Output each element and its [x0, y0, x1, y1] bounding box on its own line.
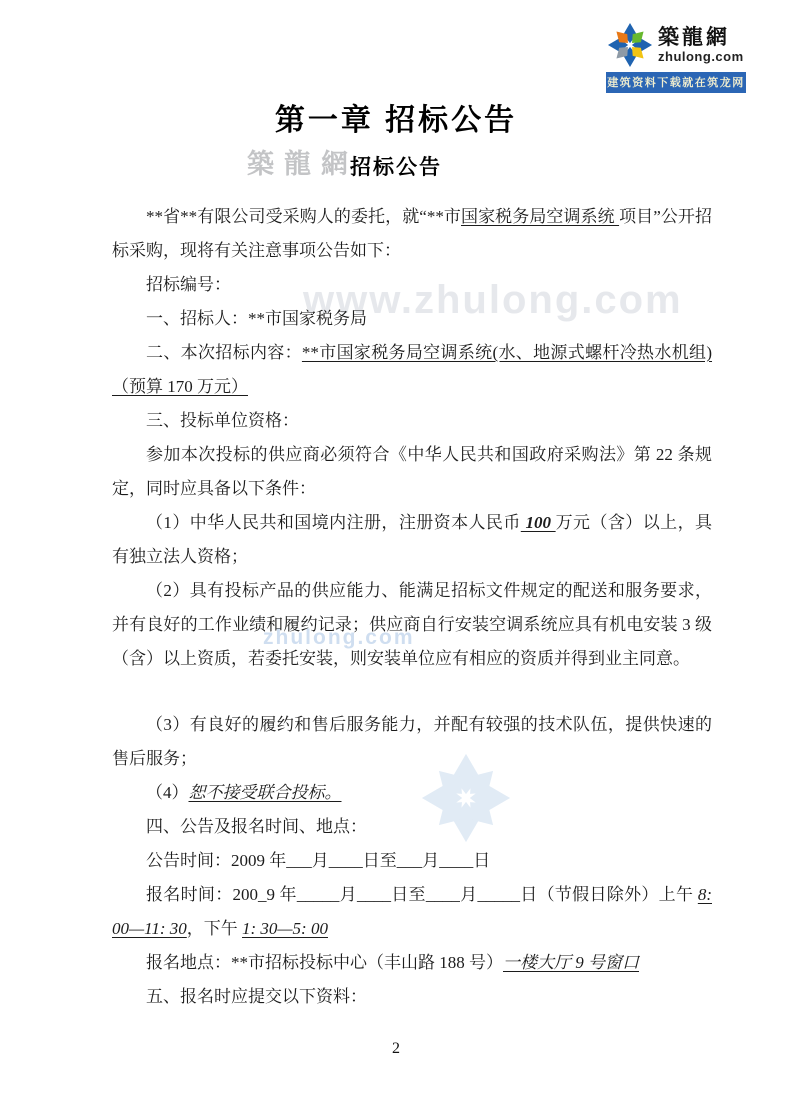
text-segment: 恕不接受联合投标。 [189, 783, 342, 802]
paragraph: （2）具有投标产品的供应能力、能满足招标文件规定的配送和服务要求，并有良好的工作… [112, 574, 712, 676]
paragraph: 四、公告及报名时间、地点： [112, 810, 712, 844]
paragraph: 一、招标人：**市国家税务局 [112, 302, 712, 336]
paragraph: **省**有限公司受采购人的委托，就“**市国家税务局空调系统 项目”公开招标采… [112, 200, 712, 268]
text-segment: 100 [521, 513, 556, 532]
text-segment: 招标编号： [146, 275, 231, 294]
document-page: 築龍網 zhulong.com 建筑资料下载就在筑龙网 築龍網 www.zhul… [0, 0, 792, 1120]
text-segment: （4） [146, 783, 189, 802]
text-segment: 报名时间：200_9 年_____月____日至____月_____日（节假日除… [146, 885, 698, 904]
text-segment: （3）有良好的履约和售后服务能力，并配有较强的技术队伍，提供快速的售后服务； [112, 715, 712, 768]
section-title: 招标公告 [0, 151, 792, 181]
logo-banner-text: 建筑资料下载就在筑龙网 [606, 72, 746, 93]
page-number: 2 [0, 1040, 792, 1058]
text-segment: 四、公告及报名时间、地点： [146, 817, 367, 836]
logo-site-domain: zhulong.com [658, 50, 744, 63]
zhulong-logo-texts: 築龍網 zhulong.com [658, 27, 744, 63]
zhulong-logo-top: 築龍網 zhulong.com [606, 20, 746, 70]
text-segment: 一、招标人：**市国家税务局 [146, 309, 367, 328]
text-segment: 二、本次招标内容： [146, 343, 302, 362]
text-segment: 国家税务局空调系统 [461, 207, 619, 226]
text-segment: 五、报名时应提交以下资料： [146, 987, 367, 1006]
text-segment: （1）中华人民共和国境内注册，注册资本人民币 [146, 513, 521, 532]
document-body: **省**有限公司受采购人的委托，就“**市国家税务局空调系统 项目”公开招标采… [112, 200, 712, 1014]
text-segment: 报名地点：**市招标投标中心（丰山路 188 号） [146, 953, 503, 972]
text-segment: **省**有限公司受采购人的委托，就“**市 [146, 207, 461, 226]
text-segment: 1: 30—5: 00 [242, 919, 328, 938]
text-segment: ，下午 [187, 919, 242, 938]
paragraph: （3）有良好的履约和售后服务能力，并配有较强的技术队伍，提供快速的售后服务； [112, 708, 712, 776]
paragraph: 招标编号： [112, 268, 712, 302]
paragraph: 报名时间：200_9 年_____月____日至____月_____日（节假日除… [112, 878, 712, 946]
text-segment: 公告时间：2009 年___月____日至___月____日 [146, 851, 490, 870]
paragraph: 二、本次招标内容：**市国家税务局空调系统(水、地源式螺杆冷热水机组)（预算 1… [112, 336, 712, 404]
paragraph: 参加本次投标的供应商必须符合《中华人民共和国政府采购法》第 22 条规定，同时应… [112, 438, 712, 506]
paragraph: 报名地点：**市招标投标中心（丰山路 188 号）一楼大厅 9 号窗口 [112, 946, 712, 980]
chapter-title: 第一章 招标公告 [0, 95, 792, 139]
text-segment: 三、投标单位资格： [146, 411, 299, 430]
paragraph: 五、报名时应提交以下资料： [112, 980, 712, 1014]
paragraph: 公告时间：2009 年___月____日至___月____日 [112, 844, 712, 878]
text-segment: 一楼大厅 9 号窗口 [503, 953, 639, 972]
paragraph: （1）中华人民共和国境内注册，注册资本人民币 100 万元（含）以上，具有独立法… [112, 506, 712, 574]
paragraph: （4）恕不接受联合投标。 [112, 776, 712, 810]
zhulong-logo: 築龍網 zhulong.com 建筑资料下载就在筑龙网 [606, 20, 746, 93]
logo-site-name: 築龍網 [658, 27, 744, 48]
text-segment: 参加本次投标的供应商必须符合《中华人民共和国政府采购法》第 22 条规定，同时应… [112, 445, 712, 498]
text-segment: （2）具有投标产品的供应能力、能满足招标文件规定的配送和服务要求，并有良好的工作… [112, 581, 712, 668]
paragraph: 三、投标单位资格： [112, 404, 712, 438]
zhulong-pinwheel-icon [607, 22, 653, 68]
